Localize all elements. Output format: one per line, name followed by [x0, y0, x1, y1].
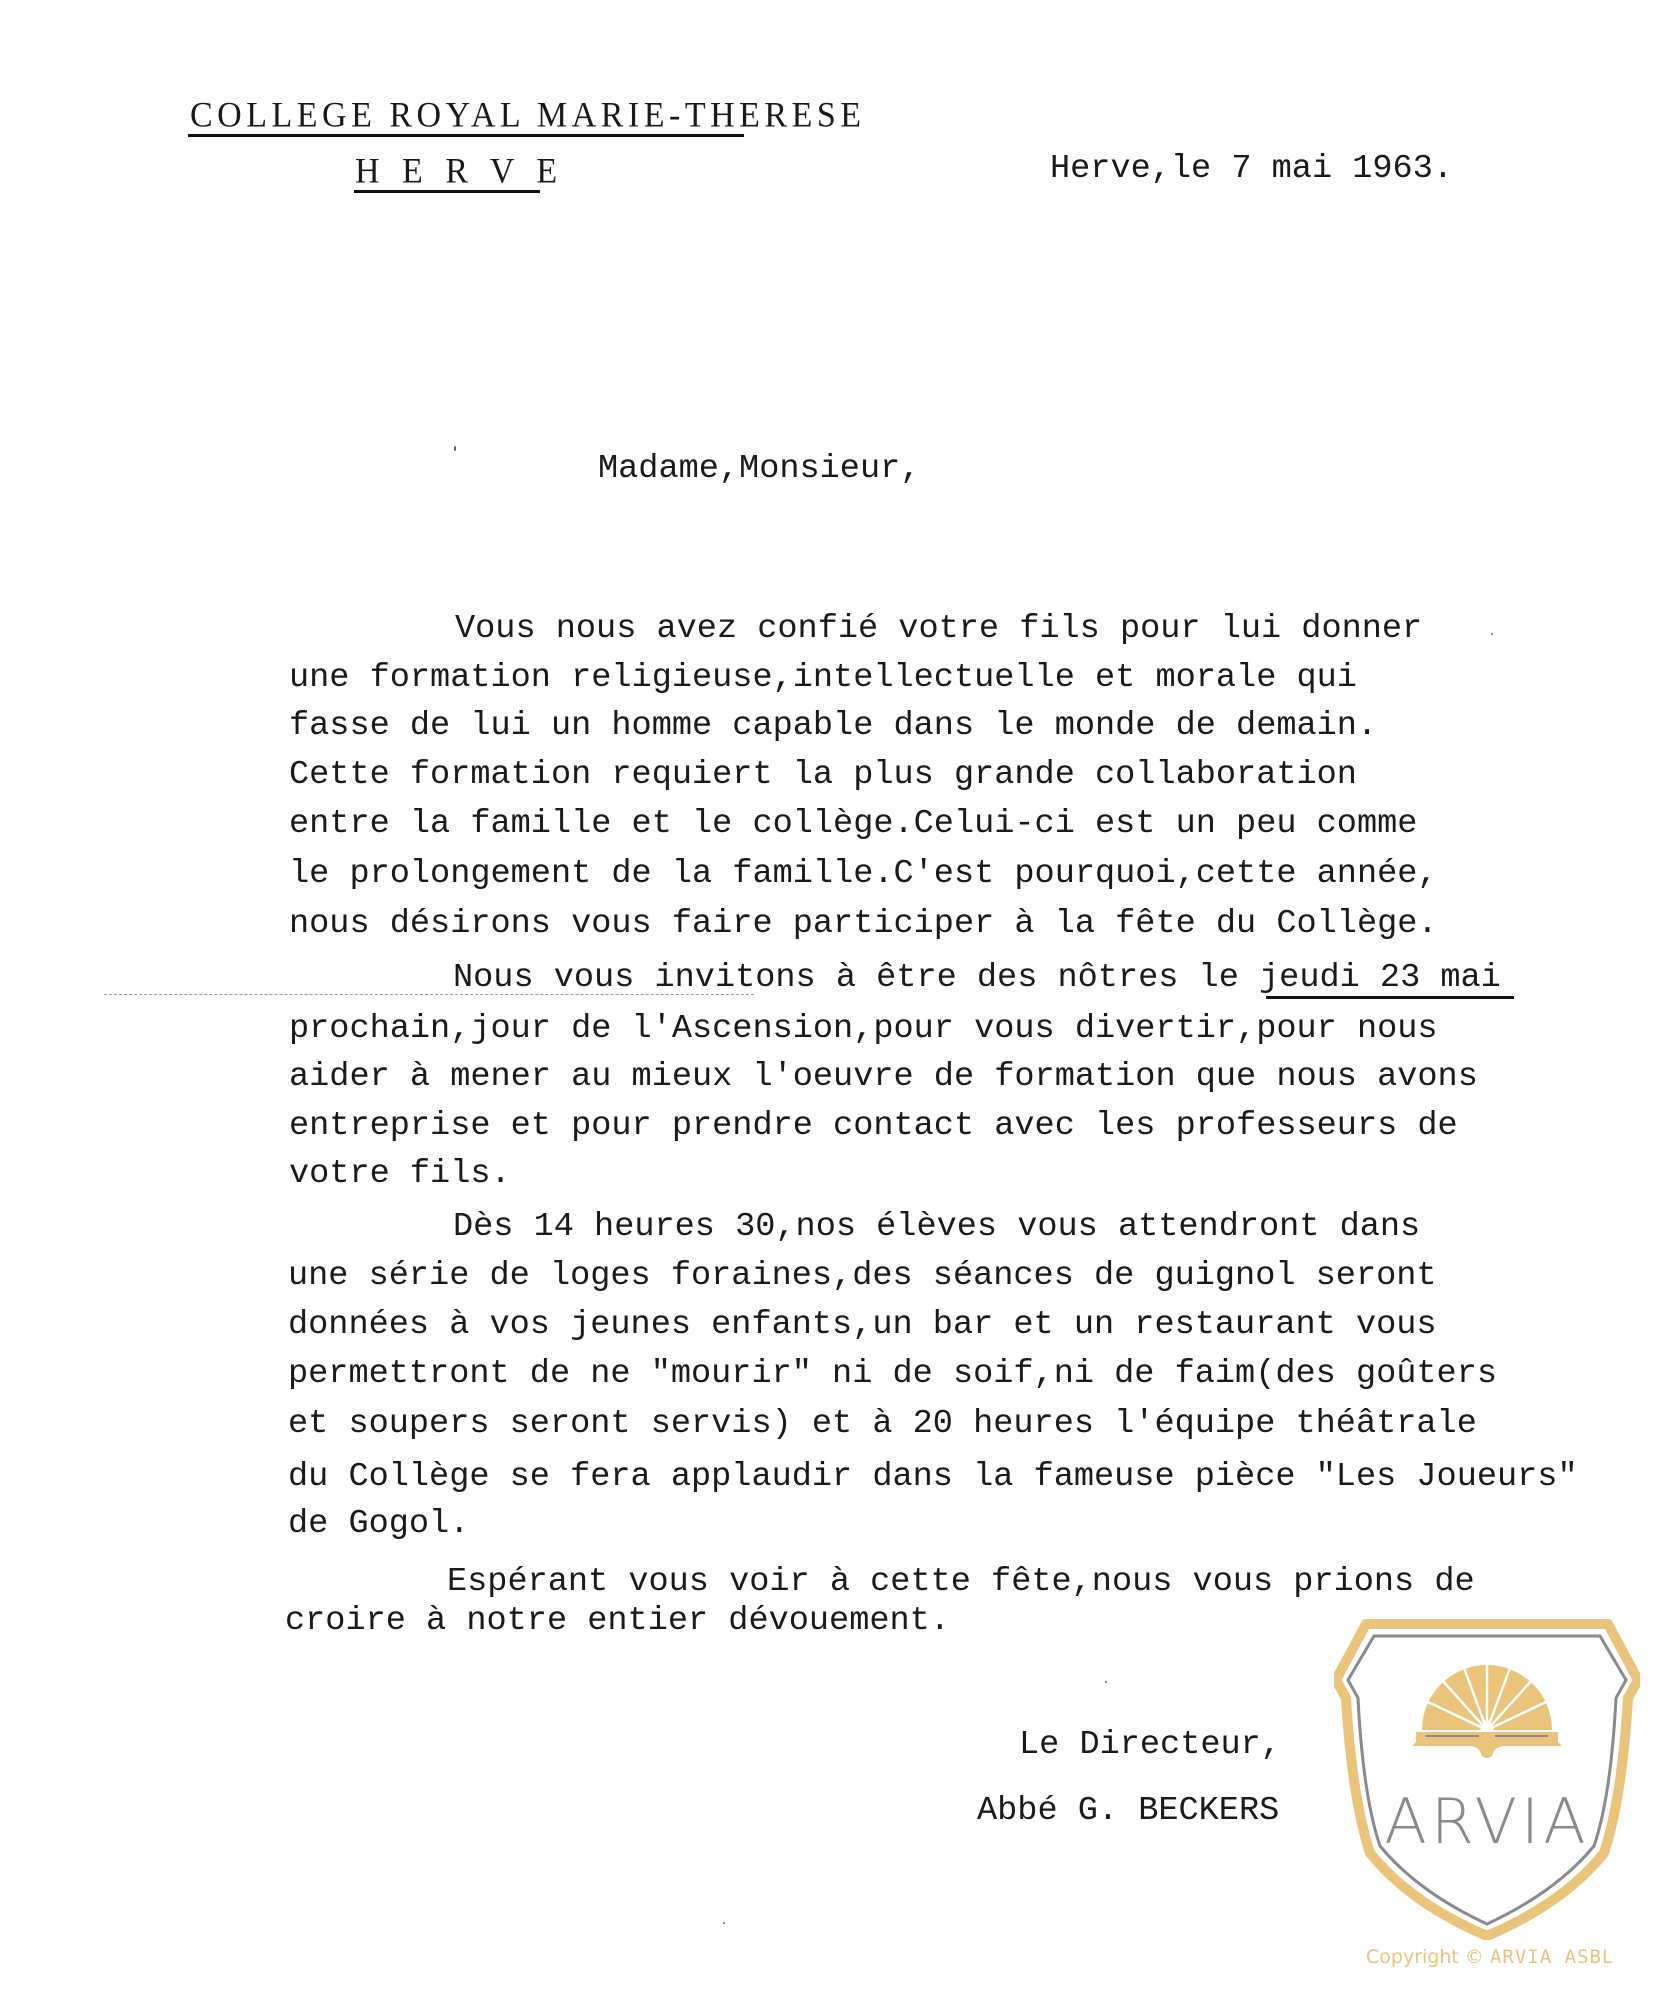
body-line: Espérant vous voir à cette fête,nous vou… [447, 1566, 1475, 1600]
body-line: nous désirons vous faire participer à la… [289, 908, 1438, 942]
svg-text:ARVIA: ARVIA [1384, 1785, 1589, 1858]
body-line: données à vos jeunes enfants,un bar et u… [288, 1309, 1437, 1343]
speck [1105, 1681, 1107, 1683]
copyright-notice: Copyright © ARVIA ASBL [1366, 1946, 1614, 1968]
body-line: entreprise et pour prendre contact avec … [289, 1110, 1458, 1144]
body-line: de Gogol. [288, 1508, 469, 1542]
body-line-text: Nous vous invitons à être des nôtres le [453, 959, 1259, 997]
body-line: aider à mener au mieux l'oeuvre de forma… [289, 1061, 1478, 1095]
event-date-underline [1266, 996, 1514, 999]
institution-underline [188, 134, 744, 137]
body-line: permettront de ne "mourir" ni de soif,ni… [288, 1358, 1497, 1392]
speck [1491, 633, 1493, 635]
date-line: Herve,le 7 mai 1963. [1050, 153, 1453, 187]
city-name: H E R V E [355, 154, 564, 190]
body-line: croire à notre entier dévouement. [285, 1605, 950, 1639]
body-line: une formation religieuse,intellectuelle … [289, 662, 1357, 696]
speck [723, 1922, 725, 1924]
body-line: Nous vous invitons à être des nôtres le … [453, 962, 1501, 996]
letter-page: COLLEGE ROYAL MARIE-THERESE H E R V E He… [0, 0, 1657, 2009]
body-line: Cette formation requiert la plus grande … [289, 759, 1357, 793]
body-line: le prolongement de la famille.C'est pour… [289, 858, 1438, 892]
stray-dashed-rule [104, 994, 754, 996]
body-line: et soupers seront servis) et à 20 heures… [288, 1408, 1477, 1442]
event-date: jeudi 23 mai [1259, 959, 1501, 997]
arvia-shield-logo: ARVIA [1334, 1618, 1640, 1940]
body-line: Dès 14 heures 30,nos élèves vous attendr… [453, 1211, 1420, 1245]
salutation: Madame,Monsieur, [598, 453, 920, 487]
signature-name: Abbé G. BECKERS [977, 1795, 1279, 1829]
body-line: votre fils. [289, 1158, 511, 1192]
copyright-owner: ARVIA ASBL [1490, 1946, 1614, 1968]
city-underline [354, 190, 540, 193]
body-line: entre la famille et le collège.Celui-ci … [289, 808, 1417, 842]
institution-name: COLLEGE ROYAL MARIE-THERESE [190, 98, 866, 134]
body-line: du Collège se fera applaudir dans la fam… [288, 1461, 1578, 1495]
body-line: prochain,jour de l'Ascension,pour vous d… [289, 1013, 1438, 1047]
speck [454, 446, 456, 451]
body-line: une série de loges foraines,des séances … [288, 1260, 1437, 1294]
body-line: Vous nous avez confié votre fils pour lu… [455, 613, 1422, 647]
signature-title: Le Directeur, [1019, 1729, 1281, 1763]
body-line: fasse de lui un homme capable dans le mo… [289, 710, 1377, 744]
copyright-prefix: Copyright © [1366, 1946, 1484, 1968]
